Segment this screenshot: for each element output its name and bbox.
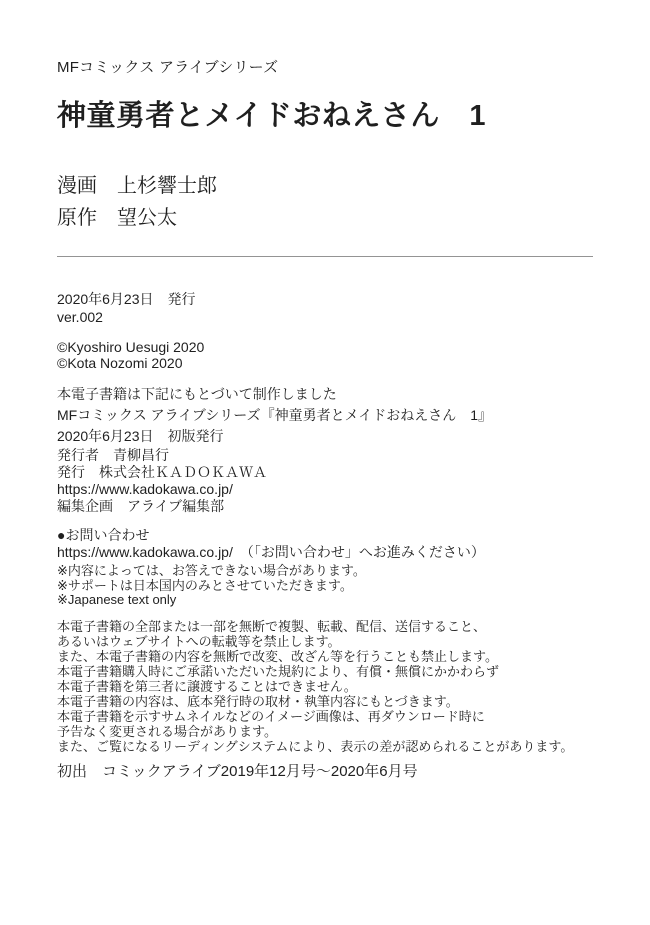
legal-block: 本電子書籍の全部または一部を無断で複製、転載、配信、送信すること、 あるいはウェ…: [57, 619, 593, 754]
contact-note-line: ※サポートは日本国内のみとさせていただきます。: [57, 579, 593, 594]
divider: [57, 256, 593, 257]
credit-row-artist: 漫画上杉響士郎: [57, 170, 593, 202]
legal-line: 本電子書籍の全部または一部を無断で複製、転載、配信、送信すること、: [57, 619, 593, 634]
version-number: ver.002: [57, 308, 593, 326]
production-note-line: 本電子書籍は下記にもとづいて制作しました: [57, 384, 593, 405]
series-label: MFコミックス アライブシリーズ: [57, 58, 593, 77]
contact-heading: ●お問い合わせ: [57, 527, 593, 544]
copyright-line: ©Kota Nozomi 2020: [57, 355, 593, 371]
credit-name: 望公太: [117, 207, 177, 229]
legal-line: また、ご覧になるリーディングシステムにより、表示の差が認められることがあります。: [57, 739, 593, 754]
credit-row-author: 原作望公太: [57, 202, 593, 234]
colophon-page: MFコミックス アライブシリーズ 神童勇者とメイドおねえさん 1 漫画上杉響士郎…: [0, 0, 650, 925]
copyright-line: ©Kyoshiro Uesugi 2020: [57, 339, 593, 355]
contact-notes: ※内容によっては、お答えできない場合があります。 ※サポートは日本国内のみとさせ…: [57, 564, 593, 608]
contact-block: ●お問い合わせ https://www.kadokawa.co.jp/ （「お問…: [57, 527, 593, 608]
copyright-block: ©Kyoshiro Uesugi 2020 ©Kota Nozomi 2020: [57, 339, 593, 371]
editorial-planning-line: 編集企画 アライブ編集部: [57, 498, 593, 515]
contact-note-line: ※Japanese text only: [57, 593, 593, 608]
legal-line: 予告なく変更される場合があります。: [57, 724, 593, 739]
legal-line: 本電子書籍購入時にご承諾いただいた規約により、有償・無償にかかわらず: [57, 664, 593, 679]
edition-block: 2020年6月23日 発行 ver.002: [57, 290, 593, 326]
publisher-person-line: 発行者 青柳昌行: [57, 447, 593, 464]
legal-line: あるいはウェブサイトへの転載等を禁止します。: [57, 634, 593, 649]
credit-role: 漫画: [57, 175, 97, 197]
book-title: 神童勇者とメイドおねえさん 1: [57, 99, 593, 134]
first-publication-line: 初出 コミックアライブ2019年12月号～2020年6月号: [57, 762, 593, 781]
contact-url-line: https://www.kadokawa.co.jp/ （「お問い合わせ」へお進…: [57, 544, 593, 561]
credit-role: 原作: [57, 207, 97, 229]
source-block: 本電子書籍は下記にもとづいて制作しました MFコミックス アライブシリーズ『神童…: [57, 384, 593, 447]
publisher-block: 発行者 青柳昌行 発行 株式会社ＫＡＤＯＫＡＷＡ https://www.kad…: [57, 447, 593, 515]
legal-line: 本電子書籍の内容は、底本発行時の取材・執筆内容にもとづきます。: [57, 694, 593, 709]
publisher-url: https://www.kadokawa.co.jp/: [57, 481, 593, 498]
legal-line: 本電子書籍を第三者に譲渡することはできません。: [57, 679, 593, 694]
credit-name: 上杉響士郎: [117, 175, 217, 197]
issue-date: 2020年6月23日 発行: [57, 290, 593, 308]
source-edition-line: MFコミックス アライブシリーズ『神童勇者とメイドおねえさん 1』: [57, 405, 593, 426]
first-edition-date: 2020年6月23日 初版発行: [57, 426, 593, 447]
publisher-company-line: 発行 株式会社ＫＡＤＯＫＡＷＡ: [57, 464, 593, 481]
credits-block: 漫画上杉響士郎 原作望公太: [57, 170, 593, 234]
contact-note-line: ※内容によっては、お答えできない場合があります。: [57, 564, 593, 579]
legal-line: また、本電子書籍の内容を無断で改変、改ざん等を行うことも禁止します。: [57, 649, 593, 664]
legal-line: 本電子書籍を示すサムネイルなどのイメージ画像は、再ダウンロード時に: [57, 709, 593, 724]
